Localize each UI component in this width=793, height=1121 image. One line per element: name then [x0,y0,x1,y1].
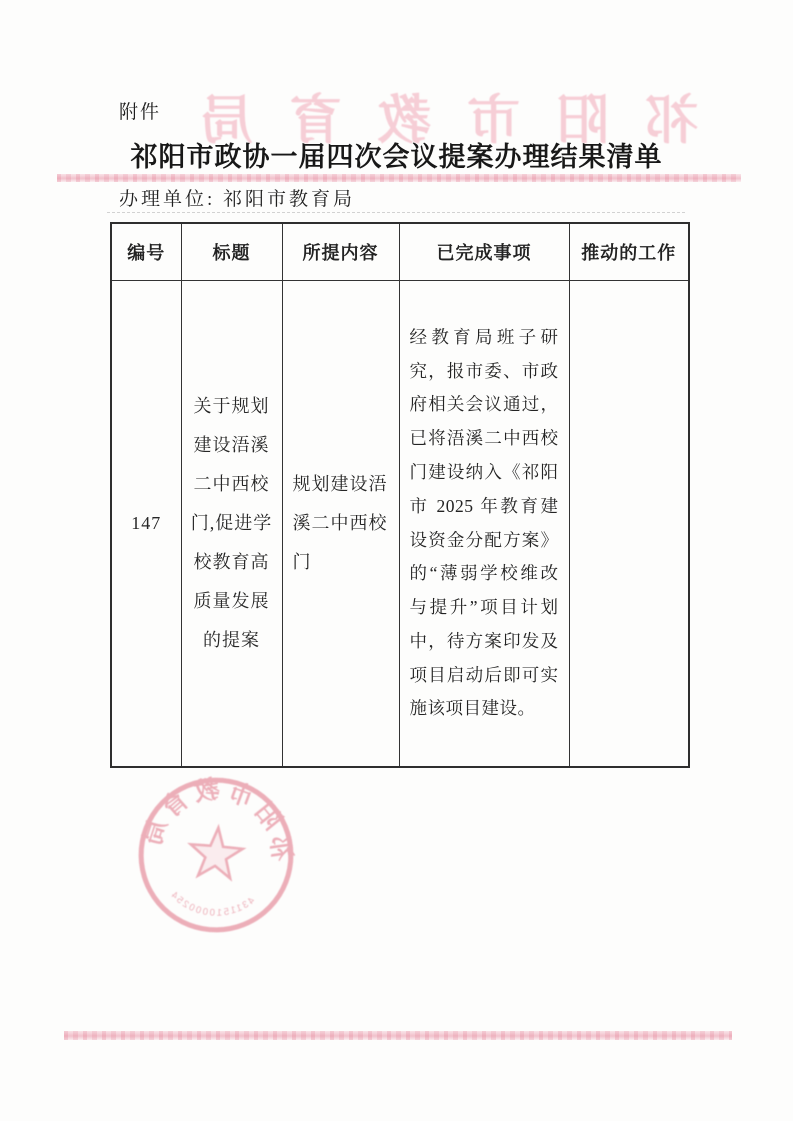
scanned-document-page: 祁阳市教育局 附件 祁阳市政协一届四次会议提案办理结果清单 办理单位: 祁阳市教… [0,0,793,1121]
star-icon [188,826,244,880]
cell-proposal-id: 147 [111,281,181,768]
completed-items-paragraph: 经教育局班子研究，报市委、市政府相关会议通过，已将浯溪二中西校门建设纳入《祁阳市… [410,321,559,727]
column-header-title: 标题 [181,223,282,281]
column-header-content: 所提内容 [282,223,399,281]
proposal-result-table: 编号 标题 所提内容 已完成事项 推动的工作 147 关于规划建设浯溪二中西校门… [110,222,690,768]
cell-proposed-content: 规划建设浯溪二中西校门 [282,281,399,768]
svg-text:祁阳市教育局: 祁阳市教育局 [136,768,303,865]
seal-ring [135,774,297,936]
seal-code: 4311510000254 [166,888,258,922]
svg-text:4311510000254: 4311510000254 [166,888,258,922]
scan-artifact-line [107,212,685,213]
cell-promoted-work [569,281,689,768]
official-seal-stamp: 祁阳市教育局 4311510000254 [124,763,308,947]
handling-unit-line: 办理单位: 祁阳市教育局 [119,184,355,211]
cell-completed-items: 经教育局班子研究，报市委、市政府相关会议通过，已将浯溪二中西校门建设纳入《祁阳市… [399,281,569,768]
pink-scan-band-top [57,174,741,182]
page-title: 祁阳市政协一届四次会议提案办理结果清单 [0,135,793,174]
column-header-id: 编号 [111,223,181,281]
pink-scan-band-bottom [64,1031,732,1040]
seal-arc-text: 祁阳市教育局 [136,768,303,865]
column-header-completed: 已完成事项 [399,223,569,281]
attachment-label: 附件 [119,97,161,124]
table-header-row: 编号 标题 所提内容 已完成事项 推动的工作 [111,223,689,281]
cell-proposal-title: 关于规划建设浯溪二中西校门,促进学校教育高质量发展的提案 [181,281,282,768]
table-row: 147 关于规划建设浯溪二中西校门,促进学校教育高质量发展的提案 规划建设浯溪二… [111,281,689,768]
column-header-promoted: 推动的工作 [569,223,689,281]
